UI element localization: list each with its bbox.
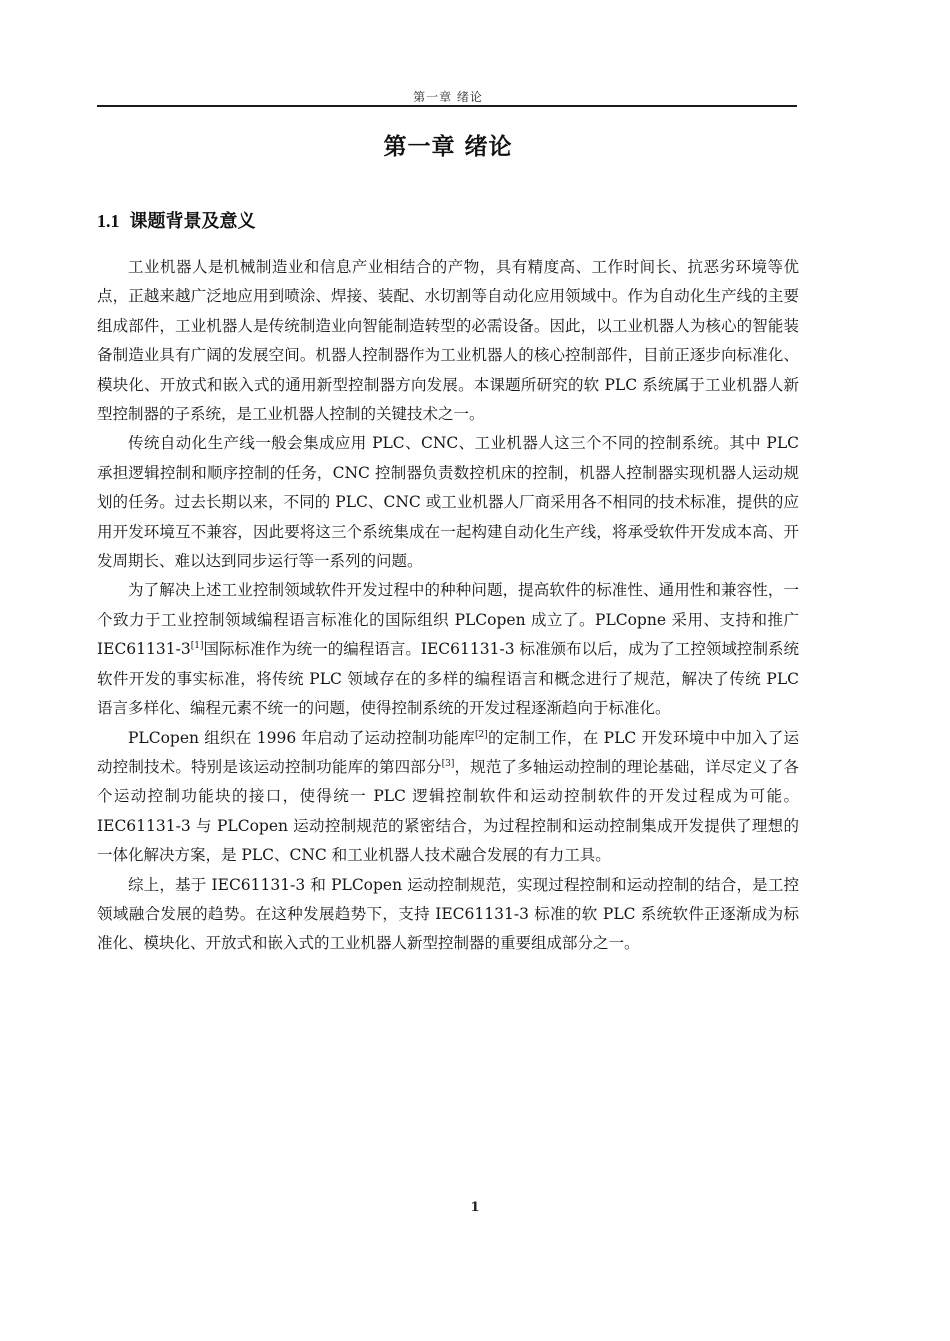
paragraph-3-text-b: 国际标准作为统一的编程语言。IEC61131-3 标准颁布以后，成为了工控领域控… xyxy=(97,640,799,717)
citation-1: [1] xyxy=(191,641,204,651)
citation-3: [3] xyxy=(442,759,455,769)
paragraph-2: 传统自动化生产线一般会集成应用 PLC、CNC、工业机器人这三个不同的控制系统。… xyxy=(97,429,799,576)
citation-2: [2] xyxy=(475,729,488,739)
section-number: 1.1 xyxy=(97,211,120,231)
paragraph-4: PLCopen 组织在 1996 年启动了运动控制功能库[2]的定制工作，在 P… xyxy=(97,724,799,871)
paragraph-3: 为了解决上述工业控制领域软件开发过程中的种种问题，提高软件的标准性、通用性和兼容… xyxy=(97,576,799,723)
page-number: 1 xyxy=(0,1200,950,1215)
paragraph-5: 综上，基于 IEC61131-3 和 PLCopen 运动控制规范，实现过程控制… xyxy=(97,871,799,959)
running-header: 第一章 绪论 xyxy=(97,88,799,105)
section-title-text: 课题背景及意义 xyxy=(130,211,256,232)
section-heading: 1.1课题背景及意义 xyxy=(97,207,256,233)
paragraph-4-text-a: PLCopen 组织在 1996 年启动了运动控制功能库 xyxy=(128,729,475,747)
paragraph-1: 工业机器人是机械制造业和信息产业相结合的产物，具有精度高、工作时间长、抗恶劣环境… xyxy=(97,253,799,429)
chapter-title: 第一章 绪论 xyxy=(97,128,799,161)
header-rule xyxy=(97,105,797,107)
body-text: 工业机器人是机械制造业和信息产业相结合的产物，具有精度高、工作时间长、抗恶劣环境… xyxy=(97,253,799,959)
